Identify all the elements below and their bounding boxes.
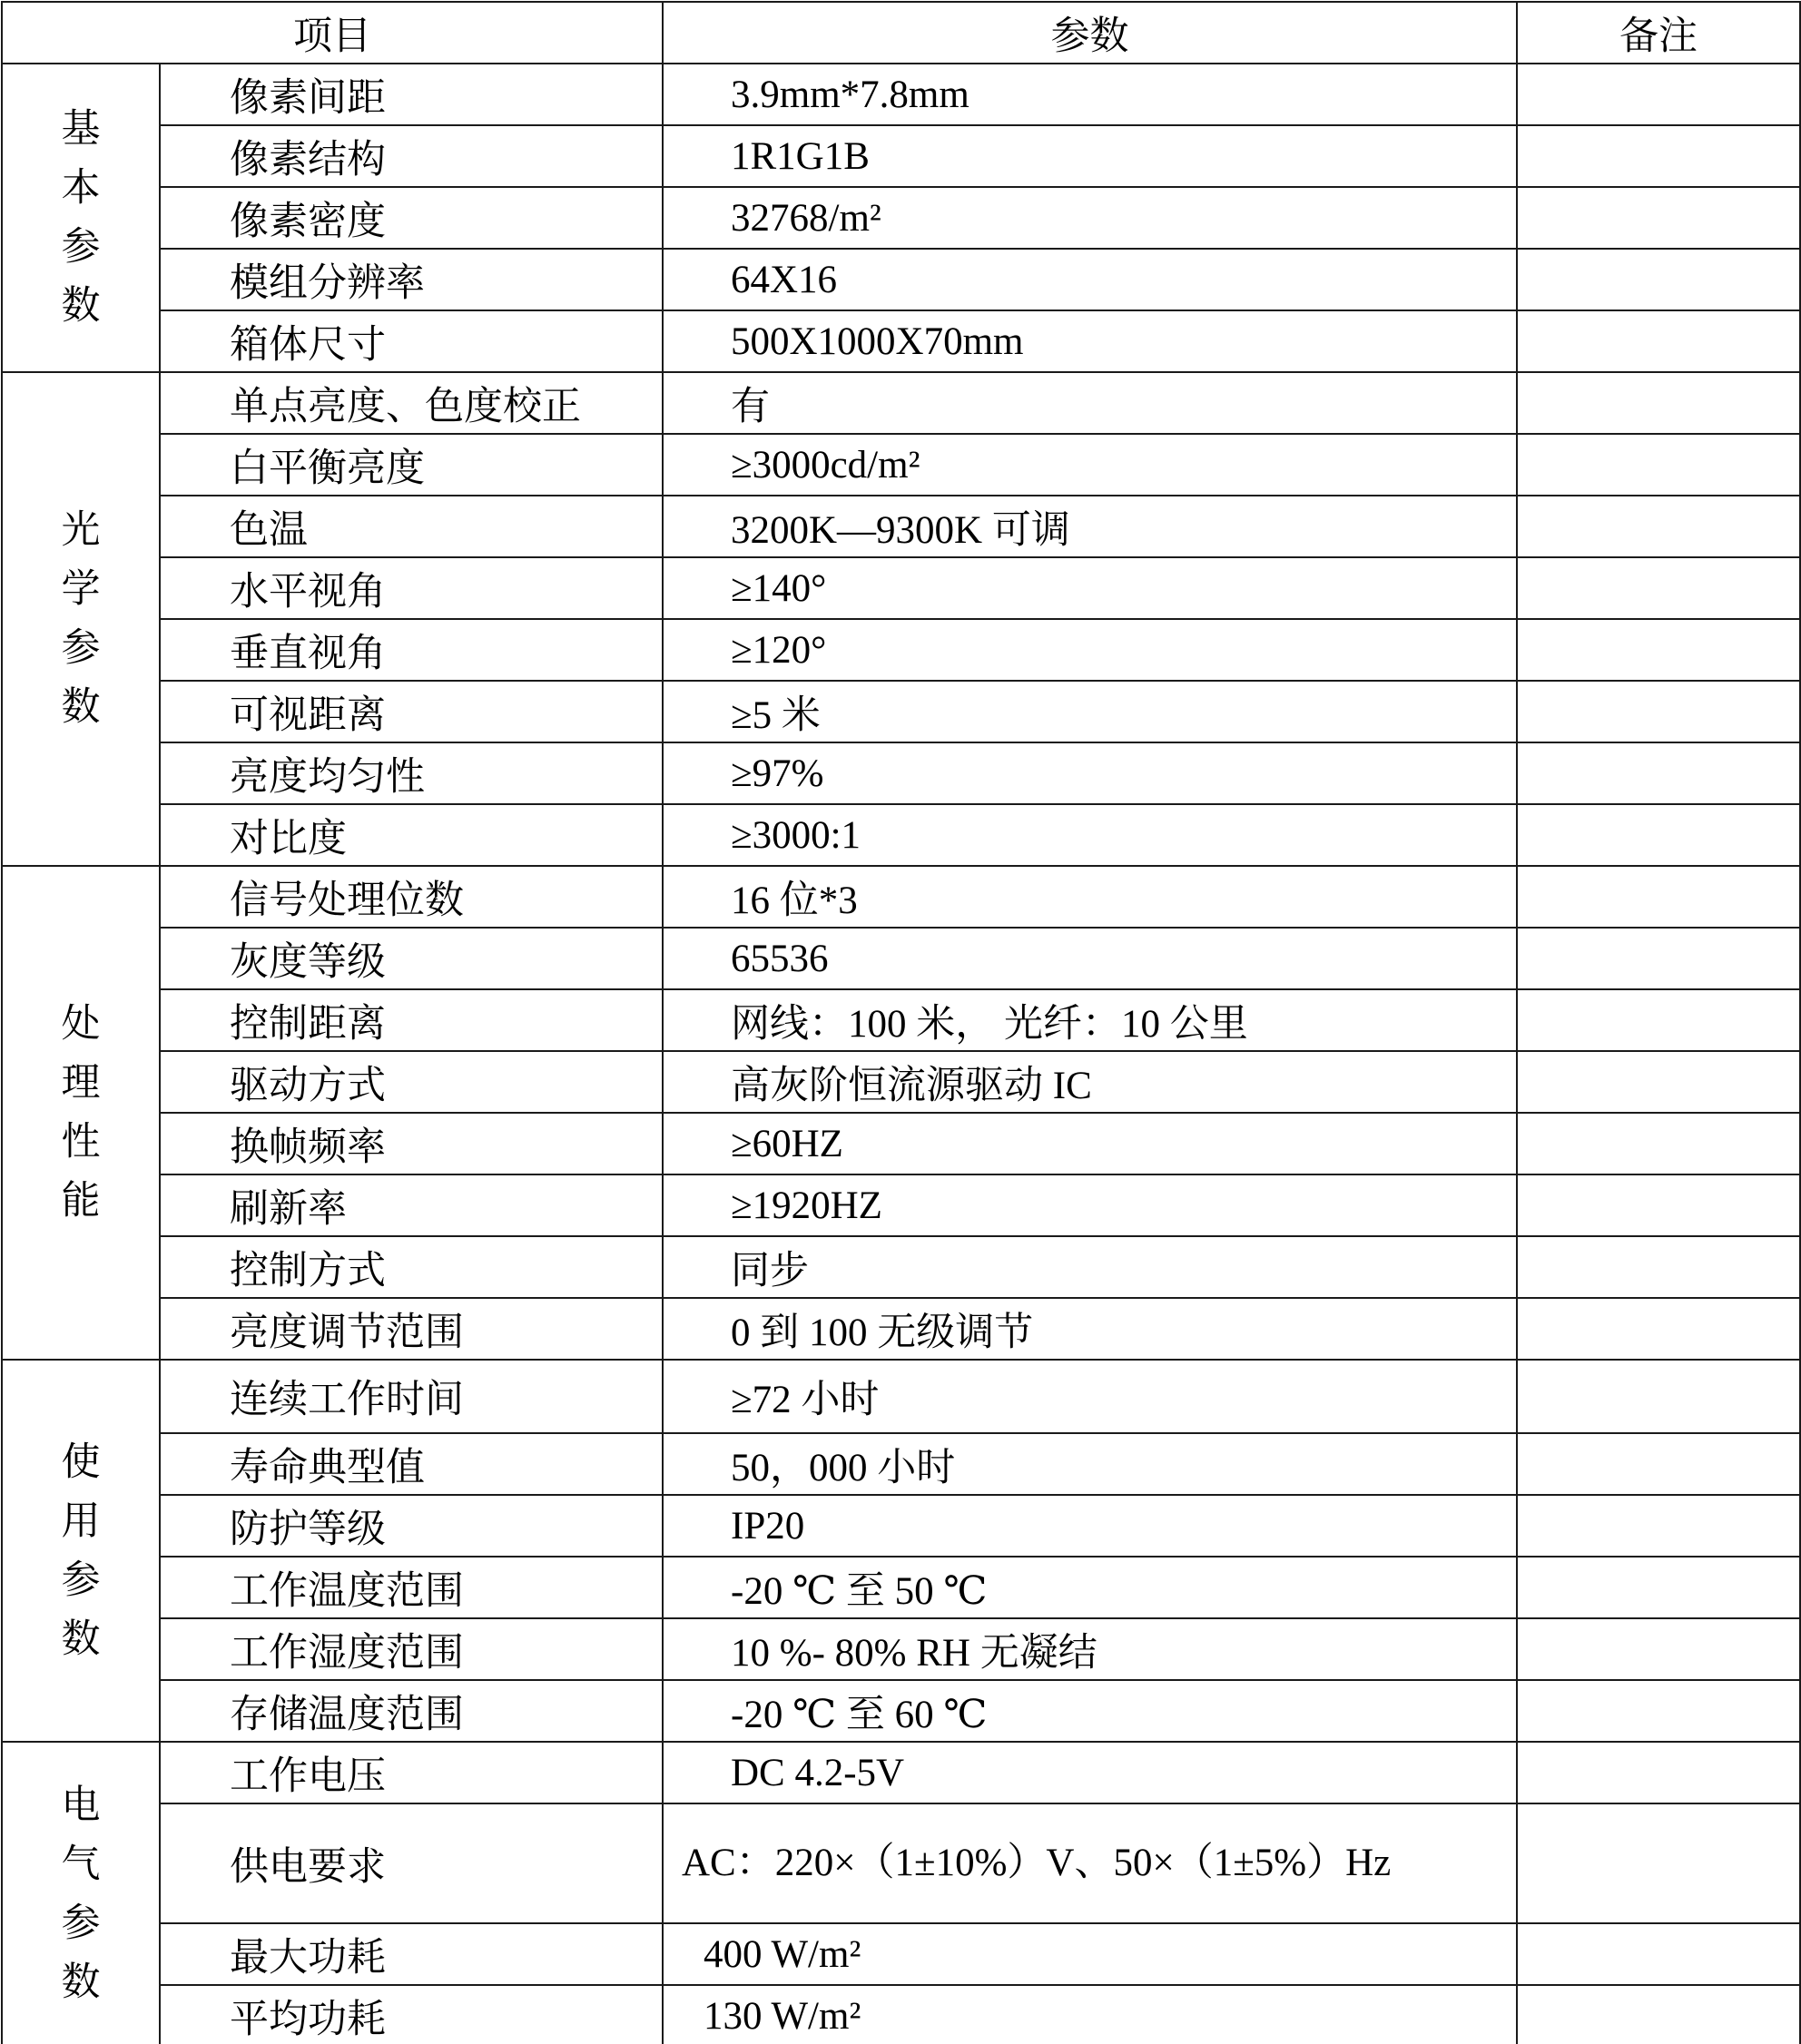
group-cell-processing: 处理性能: [2, 866, 160, 1360]
value-cell: 32768/m²: [663, 187, 1517, 249]
note-cell: [1517, 1680, 1800, 1742]
item-cell: 水平视角: [160, 557, 663, 619]
group-cell-optical: 光学参数: [2, 372, 160, 866]
note-cell: [1517, 1051, 1800, 1113]
note-cell: [1517, 1113, 1800, 1174]
item-cell: 色温: [160, 496, 663, 557]
group-cell-electrical: 电气参数: [2, 1742, 160, 2044]
value-cell: 有: [663, 372, 1517, 434]
note-cell: [1517, 64, 1800, 125]
table-row: 控制距离 网线：100 米， 光纤：10 公里: [2, 989, 1800, 1051]
value-cell: 网线：100 米， 光纤：10 公里: [663, 989, 1517, 1051]
table-row: 水平视角 ≥140°: [2, 557, 1800, 619]
table-row: 光学参数 单点亮度、色度校正 有: [2, 372, 1800, 434]
note-cell: [1517, 310, 1800, 372]
value-cell: ≥140°: [663, 557, 1517, 619]
note-cell: [1517, 187, 1800, 249]
value-cell: 高灰阶恒流源驱动 IC: [663, 1051, 1517, 1113]
item-cell: 存储温度范围: [160, 1680, 663, 1742]
note-cell: [1517, 125, 1800, 187]
note-cell: [1517, 742, 1800, 804]
table-row: 平均功耗 130 W/m²: [2, 1985, 1800, 2044]
table-row: 电气参数 工作电压 DC 4.2-5V: [2, 1742, 1800, 1803]
value-cell: 400 W/m²: [663, 1923, 1517, 1985]
note-cell: [1517, 1803, 1800, 1923]
item-cell: 单点亮度、色度校正: [160, 372, 663, 434]
table-row: 模组分辨率 64X16: [2, 249, 1800, 310]
note-cell: [1517, 1174, 1800, 1236]
item-cell: 控制距离: [160, 989, 663, 1051]
item-cell: 工作湿度范围: [160, 1618, 663, 1680]
value-cell: 10 %- 80% RH 无凝结: [663, 1618, 1517, 1680]
table-row: 防护等级 IP20: [2, 1495, 1800, 1557]
item-cell: 供电要求: [160, 1803, 663, 1923]
item-cell: 灰度等级: [160, 928, 663, 989]
value-cell: ≥60HZ: [663, 1113, 1517, 1174]
item-cell: 换帧频率: [160, 1113, 663, 1174]
value-cell: DC 4.2-5V: [663, 1742, 1517, 1803]
item-cell: 亮度调节范围: [160, 1298, 663, 1360]
value-cell: -20 ℃ 至 50 ℃: [663, 1557, 1517, 1618]
note-cell: [1517, 1618, 1800, 1680]
note-cell: [1517, 1923, 1800, 1985]
item-cell: 信号处理位数: [160, 866, 663, 928]
value-cell: ≥5 米: [663, 681, 1517, 742]
table-row: 驱动方式 高灰阶恒流源驱动 IC: [2, 1051, 1800, 1113]
note-cell: [1517, 619, 1800, 681]
header-note: 备注: [1517, 2, 1800, 64]
value-cell: 同步: [663, 1236, 1517, 1298]
value-cell: 16 位*3: [663, 866, 1517, 928]
table-row: 像素结构 1R1G1B: [2, 125, 1800, 187]
note-cell: [1517, 496, 1800, 557]
spec-table: 项目 参数 备注 基本参数 像素间距 3.9mm*7.8mm 像素结构 1R1G…: [1, 1, 1801, 2044]
value-cell: 65536: [663, 928, 1517, 989]
table-row: 箱体尺寸 500X1000X70mm: [2, 310, 1800, 372]
table-row: 供电要求 AC：220×（1±10%）V、50×（1±5%）Hz: [2, 1803, 1800, 1923]
table-row: 换帧频率 ≥60HZ: [2, 1113, 1800, 1174]
note-cell: [1517, 1985, 1800, 2044]
table-row: 存储温度范围 -20 ℃ 至 60 ℃: [2, 1680, 1800, 1742]
value-cell: IP20: [663, 1495, 1517, 1557]
group-label: 处理性能: [61, 995, 101, 1231]
note-cell: [1517, 1360, 1800, 1433]
table-row: 工作温度范围 -20 ℃ 至 50 ℃: [2, 1557, 1800, 1618]
item-cell: 像素间距: [160, 64, 663, 125]
table-row: 对比度 ≥3000:1: [2, 804, 1800, 866]
value-cell: 3200K—9300K 可调: [663, 496, 1517, 557]
value-cell: ≥3000cd/m²: [663, 434, 1517, 496]
table-row: 像素密度 32768/m²: [2, 187, 1800, 249]
item-cell: 连续工作时间: [160, 1360, 663, 1433]
note-cell: [1517, 804, 1800, 866]
note-cell: [1517, 989, 1800, 1051]
item-cell: 像素结构: [160, 125, 663, 187]
group-label: 光学参数: [61, 501, 101, 737]
item-cell: 可视距离: [160, 681, 663, 742]
item-cell: 对比度: [160, 804, 663, 866]
item-cell: 像素密度: [160, 187, 663, 249]
value-cell: AC：220×（1±10%）V、50×（1±5%）Hz: [663, 1803, 1517, 1923]
item-cell: 工作温度范围: [160, 1557, 663, 1618]
note-cell: [1517, 1557, 1800, 1618]
note-cell: [1517, 1742, 1800, 1803]
value-cell: 130 W/m²: [663, 1985, 1517, 2044]
note-cell: [1517, 372, 1800, 434]
value-cell: 0 到 100 无级调节: [663, 1298, 1517, 1360]
group-label: 使用参数: [61, 1433, 101, 1669]
group-cell-basic: 基本参数: [2, 64, 160, 372]
note-cell: [1517, 1433, 1800, 1495]
item-cell: 垂直视角: [160, 619, 663, 681]
value-cell: 50，000 小时: [663, 1433, 1517, 1495]
table-row: 可视距离 ≥5 米: [2, 681, 1800, 742]
note-cell: [1517, 1495, 1800, 1557]
value-cell: 500X1000X70mm: [663, 310, 1517, 372]
value-cell: ≥97%: [663, 742, 1517, 804]
table-row: 使用参数 连续工作时间 ≥72 小时: [2, 1360, 1800, 1433]
value-cell: ≥120°: [663, 619, 1517, 681]
table-row: 处理性能 信号处理位数 16 位*3: [2, 866, 1800, 928]
table-row: 基本参数 像素间距 3.9mm*7.8mm: [2, 64, 1800, 125]
table-row: 刷新率 ≥1920HZ: [2, 1174, 1800, 1236]
table-row: 色温 3200K—9300K 可调: [2, 496, 1800, 557]
value-cell: 64X16: [663, 249, 1517, 310]
item-cell: 最大功耗: [160, 1923, 663, 1985]
note-cell: [1517, 681, 1800, 742]
item-cell: 亮度均匀性: [160, 742, 663, 804]
value-cell: ≥72 小时: [663, 1360, 1517, 1433]
note-cell: [1517, 434, 1800, 496]
table-row: 工作湿度范围 10 %- 80% RH 无凝结: [2, 1618, 1800, 1680]
note-cell: [1517, 1298, 1800, 1360]
item-cell: 模组分辨率: [160, 249, 663, 310]
group-label: 电气参数: [61, 1776, 101, 2012]
header-item: 项目: [2, 2, 663, 64]
item-cell: 平均功耗: [160, 1985, 663, 2044]
item-cell: 驱动方式: [160, 1051, 663, 1113]
item-cell: 控制方式: [160, 1236, 663, 1298]
note-cell: [1517, 928, 1800, 989]
item-cell: 刷新率: [160, 1174, 663, 1236]
value-cell: 1R1G1B: [663, 125, 1517, 187]
value-cell: -20 ℃ 至 60 ℃: [663, 1680, 1517, 1742]
header-row: 项目 参数 备注: [2, 2, 1800, 64]
note-cell: [1517, 557, 1800, 619]
table-row: 亮度均匀性 ≥97%: [2, 742, 1800, 804]
table-row: 控制方式 同步: [2, 1236, 1800, 1298]
table-row: 寿命典型值 50，000 小时: [2, 1433, 1800, 1495]
group-cell-usage: 使用参数: [2, 1360, 160, 1742]
note-cell: [1517, 249, 1800, 310]
value-cell: ≥3000:1: [663, 804, 1517, 866]
table-row: 灰度等级 65536: [2, 928, 1800, 989]
note-cell: [1517, 1236, 1800, 1298]
header-value: 参数: [663, 2, 1517, 64]
value-cell: ≥1920HZ: [663, 1174, 1517, 1236]
table-row: 最大功耗 400 W/m²: [2, 1923, 1800, 1985]
note-cell: [1517, 866, 1800, 928]
item-cell: 箱体尺寸: [160, 310, 663, 372]
item-cell: 工作电压: [160, 1742, 663, 1803]
group-label: 基本参数: [61, 100, 101, 336]
table-row: 亮度调节范围 0 到 100 无级调节: [2, 1298, 1800, 1360]
table-row: 垂直视角 ≥120°: [2, 619, 1800, 681]
value-cell: 3.9mm*7.8mm: [663, 64, 1517, 125]
item-cell: 防护等级: [160, 1495, 663, 1557]
item-cell: 白平衡亮度: [160, 434, 663, 496]
table-row: 白平衡亮度 ≥3000cd/m²: [2, 434, 1800, 496]
item-cell: 寿命典型值: [160, 1433, 663, 1495]
